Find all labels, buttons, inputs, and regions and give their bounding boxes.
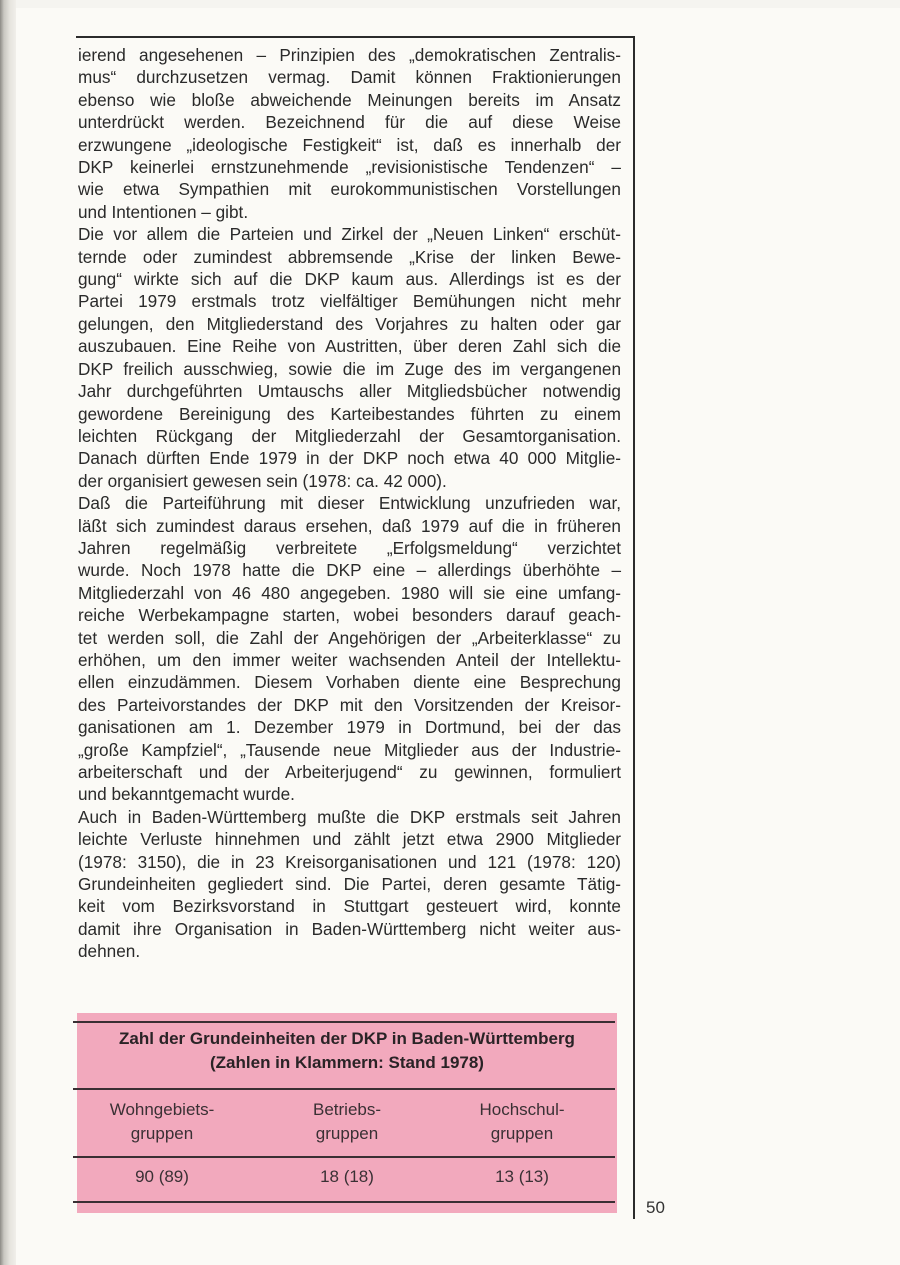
table-title-line-1: Zahl der Grundeinheiten der DKP in Baden… — [77, 1027, 617, 1051]
text-line: keit vom Bezirksvorstand in Stuttgart ge… — [78, 895, 621, 917]
text-line: Jahren regelmäßig verbreitete „Erfolgsme… — [78, 537, 621, 559]
text-line: Auch in Baden-Württemberg mußte die DKP … — [78, 806, 621, 828]
header-line: Hochschul- — [437, 1098, 607, 1122]
text-line: tet werden soll, die Zahl der Angehörige… — [78, 627, 621, 649]
book-binding-edge — [0, 0, 16, 1265]
text-line: mus“ durchzusetzen vermag. Damit können … — [78, 66, 621, 88]
table-title: Zahl der Grundeinheiten der DKP in Baden… — [77, 1027, 617, 1075]
text-line: wurde. Noch 1978 hatte die DKP eine – al… — [78, 559, 621, 581]
header-line: Betriebs- — [272, 1098, 422, 1122]
text-line: Danach dürften Ende 1979 in der DKP noch… — [78, 447, 621, 469]
header-line: gruppen — [87, 1122, 237, 1146]
table-value-betriebsgruppen: 18 (18) — [272, 1165, 422, 1189]
table-rule-header-bottom — [73, 1156, 615, 1158]
table-value-wohngebietsgruppen: 90 (89) — [87, 1165, 237, 1189]
text-line: gelungen, den Mitgliederstand des Vorjah… — [78, 313, 621, 335]
body-text: ierend angesehenen – Prinzipien des „dem… — [78, 44, 621, 963]
text-line: DKP keinerlei ernstzunehmende „revisioni… — [78, 156, 621, 178]
paragraph: Daß die Parteiführung mit dieser Entwick… — [78, 492, 621, 806]
text-line: dehnen. — [78, 940, 621, 962]
text-line: der organisiert gewesen sein (1978: ca. … — [78, 470, 621, 492]
text-line: Die vor allem die Parteien und Zirkel de… — [78, 223, 621, 245]
paragraph: Die vor allem die Parteien und Zirkel de… — [78, 223, 621, 492]
text-line: Mitgliederzahl von 46 480 angegeben. 198… — [78, 582, 621, 604]
header-line: gruppen — [437, 1122, 607, 1146]
text-line: DKP freilich ausschwieg, sowie die im Zu… — [78, 358, 621, 380]
table-rule-bottom — [73, 1201, 615, 1203]
text-line: arbeiterschaft und der Arbeiterjugend“ z… — [78, 761, 621, 783]
text-line: ierend angesehenen – Prinzipien des „dem… — [78, 44, 621, 66]
text-line: ternde oder zumindest abbremsende „Krise… — [78, 246, 621, 268]
text-line: erhöhen, um den immer weiter wachsenden … — [78, 649, 621, 671]
right-frame-rule — [633, 36, 635, 1219]
text-line: wie etwa Sympathien mit eurokommunistisc… — [78, 178, 621, 200]
text-line: des Parteivorstandes der DKP mit den Vor… — [78, 694, 621, 716]
text-line: und Intentionen – gibt. — [78, 201, 621, 223]
text-line: auszubauen. Eine Reihe von Austritten, ü… — [78, 335, 621, 357]
text-line: (1978: 3150), die in 23 Kreisorganisatio… — [78, 851, 621, 873]
table-title-line-2: (Zahlen in Klammern: Stand 1978) — [77, 1051, 617, 1075]
text-line: läßt sich zumindest daraus ersehen, daß … — [78, 515, 621, 537]
text-line: Jahr durchgeführten Umtauschs aller Mitg… — [78, 380, 621, 402]
top-frame-rule — [76, 36, 634, 38]
page-number: 50 — [646, 1198, 665, 1218]
paragraph: Auch in Baden-Württemberg mußte die DKP … — [78, 806, 621, 963]
table-header-hochschulgruppen: Hochschul- gruppen — [437, 1098, 607, 1146]
paragraph: ierend angesehenen – Prinzipien des „dem… — [78, 44, 621, 223]
text-line: gewordene Bereinigung des Karteibestande… — [78, 403, 621, 425]
text-line: leichte Verluste hinnehmen und zählt jet… — [78, 828, 621, 850]
text-line: leichten Rückgang der Mitgliederzahl der… — [78, 425, 621, 447]
text-line: ellen einzudämmen. Diesem Vorhaben dient… — [78, 671, 621, 693]
text-line: unterdrückt werden. Bezeichnend für die … — [78, 111, 621, 133]
text-line: ebenso wie bloße abweichende Meinungen b… — [78, 89, 621, 111]
text-line: damit ihre Organisation in Baden-Württem… — [78, 918, 621, 940]
text-line: und bekanntgemacht wurde. — [78, 783, 621, 805]
text-line: ganisationen am 1. Dezember 1979 in Dort… — [78, 716, 621, 738]
text-line: Daß die Parteiführung mit dieser Entwick… — [78, 492, 621, 514]
header-line: Wohngebiets- — [87, 1098, 237, 1122]
text-line: Partei 1979 erstmals trotz vielfältiger … — [78, 290, 621, 312]
text-line: erzwungene „ideologische Festigkeit“ ist… — [78, 134, 621, 156]
table-header-wohngebietsgruppen: Wohngebiets- gruppen — [87, 1098, 237, 1146]
text-line: „große Kampfziel“, „Tausende neue Mitgli… — [78, 739, 621, 761]
text-line: gung“ wirkte sich auf die DKP kaum aus. … — [78, 268, 621, 290]
statistics-table: Zahl der Grundeinheiten der DKP in Baden… — [77, 1013, 617, 1213]
header-line: gruppen — [272, 1122, 422, 1146]
table-rule-header-top — [73, 1088, 615, 1090]
table-rule-top — [73, 1021, 615, 1023]
table-header-betriebsgruppen: Betriebs- gruppen — [272, 1098, 422, 1146]
table-value-hochschulgruppen: 13 (13) — [437, 1165, 607, 1189]
text-line: reiche Werbekampagne starten, wobei beso… — [78, 604, 621, 626]
text-line: Grundeinheiten gegliedert sind. Die Part… — [78, 873, 621, 895]
